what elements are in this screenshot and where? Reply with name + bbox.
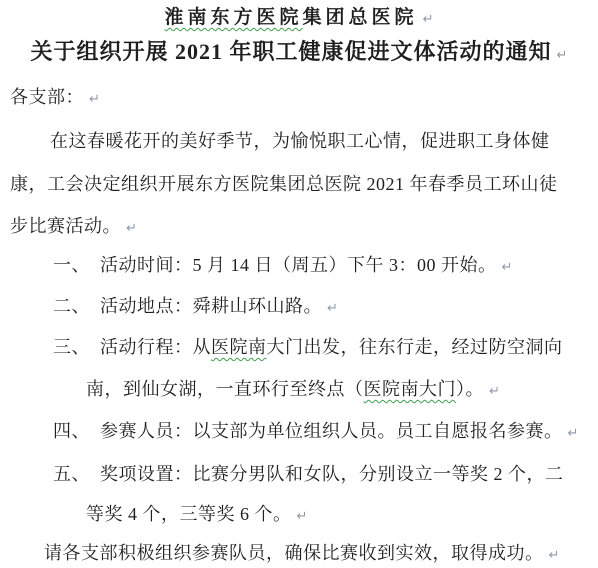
route-spellcheck-underline: 医院南 <box>211 337 267 357</box>
closing-line: 请各支部积极组织参赛队员，确保比赛收到实效，取得成功。↵ <box>44 540 559 568</box>
intro-text-2: 康，工会决定组织开展东方医院集团总医院 2021 年春季员工环山徒 <box>10 174 558 194</box>
list-item-route: 三、活动行程：从医院南大门出发，往东行走，经过防空洞向 <box>53 334 563 360</box>
list-item-route-continuation: 南，到仙女湖，一直环行至终点（医院南大门）。↵ <box>86 376 500 405</box>
item-number: 三、 <box>53 334 90 360</box>
route-cont-spellcheck-underline: 医院南大门 <box>364 379 457 399</box>
salutation-line: 各支部：↵ <box>10 84 100 113</box>
item-number: 一、 <box>53 252 90 278</box>
item-awards-cont-text: 等奖 4 个，三等奖 6 个。 <box>86 504 292 524</box>
org-name-rest: 集团总医院 <box>303 7 418 28</box>
org-name-spellcheck-underline: 淮南东方医院 <box>165 7 303 28</box>
paragraph-mark-icon: ↵ <box>489 384 500 399</box>
item-place-text: 活动地点：舜耕山环山路。 <box>100 296 322 316</box>
list-item-participants: 四、参赛人员：以支部为单位组织人员。员工自愿报名参赛。↵ <box>53 418 578 447</box>
intro-line-1: 在这春暖花开的美好季节，为愉悦职工心情，促进职工身体健 <box>50 128 550 154</box>
intro-line-3: 步比赛活动。↵ <box>10 213 137 242</box>
item-number: 二、 <box>53 293 90 319</box>
salutation-text: 各支部： <box>10 87 84 107</box>
paragraph-mark-icon: ↵ <box>327 301 338 316</box>
notice-title: 关于组织开展 2021 年职工健康促进文体活动的通知 <box>31 39 552 64</box>
item-participants-text: 参赛人员：以支部为单位组织人员。员工自愿报名参赛。 <box>100 421 563 441</box>
item-number: 四、 <box>53 418 90 444</box>
paragraph-mark-icon: ↵ <box>568 426 579 441</box>
list-item-place: 二、活动地点：舜耕山环山路。↵ <box>53 293 338 322</box>
item-time-text: 活动时间：5 月 14 日（周五）下午 3：00 开始。 <box>100 255 497 275</box>
item-route-cont-post: ）。 <box>456 379 484 399</box>
intro-text-3: 步比赛活动。 <box>10 216 121 236</box>
paragraph-mark-icon: ↵ <box>502 260 513 275</box>
paragraph-mark-icon: ↵ <box>126 221 137 236</box>
item-route-pre: 活动行程：从 <box>100 337 211 357</box>
item-route-post: 大门出发，往东行走，经过防空洞向 <box>267 337 563 357</box>
paragraph-mark-icon: ↵ <box>557 48 568 63</box>
list-item-time: 一、活动时间：5 月 14 日（周五）下午 3：00 开始。↵ <box>53 252 512 281</box>
item-awards-text: 奖项设置：比赛分男队和女队，分别设立一等奖 2 个，二 <box>100 464 564 484</box>
notice-title-line: 关于组织开展 2021 年职工健康促进文体活动的通知↵ <box>0 39 598 69</box>
paragraph-mark-icon: ↵ <box>549 548 560 563</box>
document-page: 淮南东方医院集团总医院↵ 关于组织开展 2021 年职工健康促进文体活动的通知↵… <box>0 0 598 568</box>
paragraph-mark-icon: ↵ <box>89 92 100 107</box>
org-title-line: 淮南东方医院集团总医院↵ <box>0 5 598 33</box>
closing-text: 请各支部积极组织参赛队员，确保比赛收到实效，取得成功。 <box>44 543 544 563</box>
intro-line-2: 康，工会决定组织开展东方医院集团总医院 2021 年春季员工环山徒 <box>10 171 558 197</box>
item-route-cont-pre: 南，到仙女湖，一直环行至终点（ <box>86 379 364 399</box>
paragraph-mark-icon: ↵ <box>423 12 434 27</box>
list-item-awards: 五、奖项设置：比赛分男队和女队，分别设立一等奖 2 个，二 <box>53 461 564 487</box>
item-number: 五、 <box>53 461 90 487</box>
paragraph-mark-icon: ↵ <box>297 509 308 524</box>
intro-text-1: 在这春暖花开的美好季节，为愉悦职工心情，促进职工身体健 <box>50 131 550 151</box>
list-item-awards-continuation: 等奖 4 个，三等奖 6 个。↵ <box>86 501 307 530</box>
